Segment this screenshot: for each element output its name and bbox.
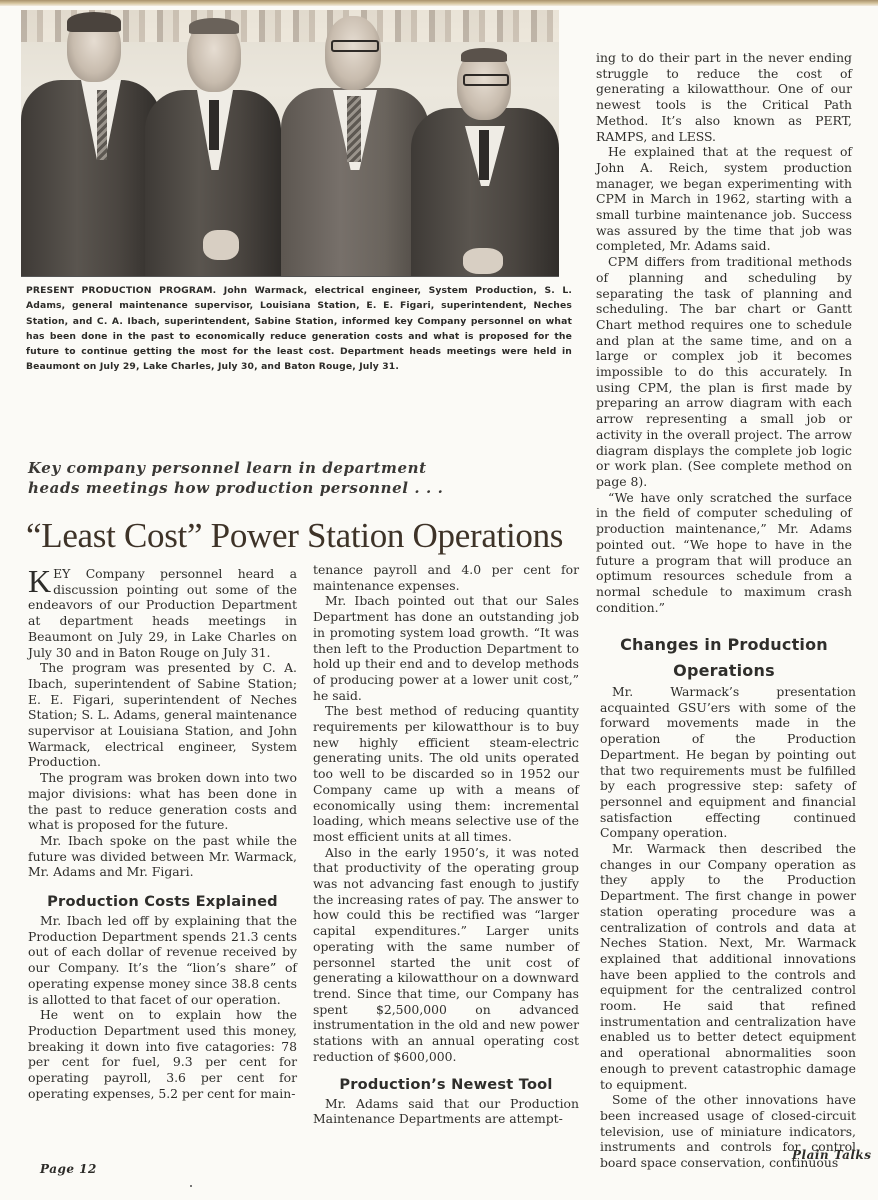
article-column-3: ing to do their part in the never ending… <box>596 50 852 615</box>
subhead-changes-line1: Changes in Production <box>596 632 852 658</box>
caption-text: John Warmack, electrical engineer, Syste… <box>26 285 572 372</box>
paragraph: “We have only scratched the surface in t… <box>596 490 852 616</box>
person-1 <box>21 10 161 276</box>
paragraph: KEY Company personnel heard a discussion… <box>28 566 297 660</box>
paragraph: He explained that at the request of John… <box>596 144 852 254</box>
article-headline: “Least Cost” Power Station Operations <box>26 514 566 558</box>
paragraph: The best method of reducing quantity req… <box>313 703 579 844</box>
publication-name: Plain Talks <box>792 1148 872 1162</box>
paragraph: The program was presented by C. A. Ibach… <box>28 660 297 770</box>
paragraph: The program was broken down into two maj… <box>28 770 297 833</box>
subhead-changes-block: Changes in Production Operations <box>596 632 852 684</box>
photo-caption: PRESENT PRODUCTION PROGRAM. John Warmack… <box>26 283 572 375</box>
paragraph: Mr. Ibach pointed out that our Sales Dep… <box>313 593 579 703</box>
subhead-production-costs: Production Costs Explained <box>28 892 297 911</box>
article-column-1: KEY Company personnel heard a discussion… <box>28 566 297 1102</box>
paragraph: ing to do their part in the never ending… <box>596 50 852 144</box>
person-4 <box>407 10 559 276</box>
paragraph: Mr. Ibach led off by explaining that the… <box>28 913 297 1007</box>
article-column-3-continued: Mr. Warmack’s presentation acquainted GS… <box>600 684 856 1171</box>
page-top-edge <box>0 0 878 6</box>
subhead-changes-line2: Operations <box>596 658 852 684</box>
drop-cap: K <box>28 568 51 594</box>
paragraph: Mr. Ibach spoke on the past while the fu… <box>28 833 297 880</box>
article-deck: Key company personnel learn in departmen… <box>28 458 448 498</box>
subhead-newest-tool: Production’s Newest Tool <box>313 1075 579 1094</box>
person-2 <box>145 10 285 276</box>
paragraph: He went on to explain how the Production… <box>28 1007 297 1101</box>
page-number: Page 12 <box>40 1162 97 1176</box>
print-speck <box>190 1185 192 1187</box>
paragraph: Mr. Adams said that our Production Maint… <box>313 1096 579 1127</box>
paragraph: Mr. Warmack’s presentation acquainted GS… <box>600 684 856 841</box>
paragraph: Also in the early 1950’s, it was noted t… <box>313 845 579 1065</box>
caption-lead: PRESENT PRODUCTION PROGRAM. <box>26 285 216 296</box>
paragraph: CPM differs from traditional methods of … <box>596 254 852 490</box>
paragraph: Mr. Warmack then described the changes i… <box>600 841 856 1092</box>
article-column-2: tenance payroll and 4.0 per cent for mai… <box>313 562 579 1127</box>
paragraph: tenance payroll and 4.0 per cent for mai… <box>313 562 579 593</box>
group-photo <box>21 10 559 277</box>
